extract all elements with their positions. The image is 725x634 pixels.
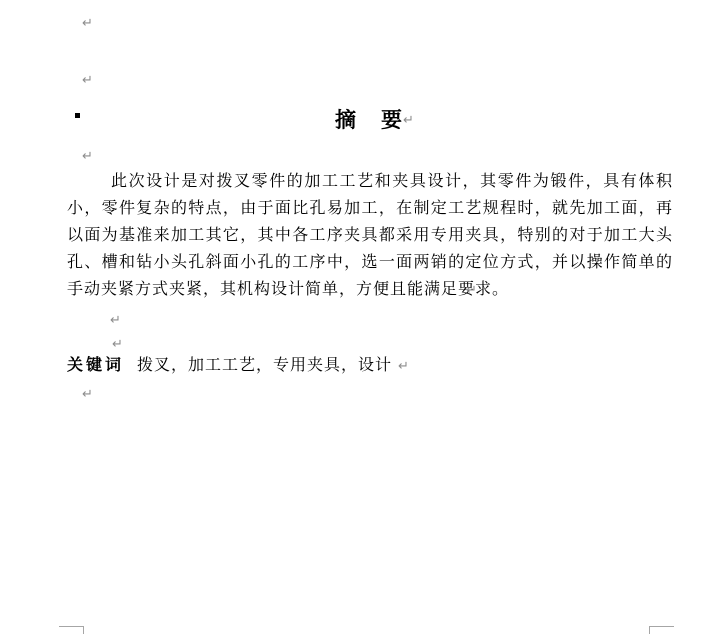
paragraph-mark-icon: ↵ bbox=[82, 17, 93, 30]
keywords-text: 拨叉，加工工艺，专用夹具，设计 bbox=[137, 357, 392, 374]
document-page: ↵ ↵ 摘 要 ↵ ↵ 此次设计是对拨叉零件的加工工艺和夹具设计，其零件为锻件，… bbox=[0, 0, 725, 634]
keywords-line[interactable]: 关键词拨叉，加工工艺，专用夹具，设计 bbox=[67, 356, 673, 376]
text-boundary-corner-icon bbox=[59, 626, 84, 634]
paragraph-mark-icon: ↵ bbox=[112, 338, 123, 351]
abstract-paragraph[interactable]: 此次设计是对拨叉零件的加工工艺和夹具设计，其零件为锻件，具有体积小，零件复杂的特… bbox=[67, 168, 673, 303]
paragraph-mark-icon: ↵ bbox=[403, 114, 414, 127]
paragraph-mark-icon: ↵ bbox=[110, 314, 121, 327]
page-title[interactable]: 摘 要 bbox=[67, 104, 672, 134]
keywords-label: 关键词 bbox=[67, 357, 124, 374]
paragraph-mark-icon: ↵ bbox=[82, 74, 93, 87]
paragraph-mark-icon: ↵ bbox=[466, 284, 477, 297]
paragraph-mark-icon: ↵ bbox=[398, 360, 409, 373]
text-boundary-corner-icon bbox=[649, 626, 674, 634]
paragraph-mark-icon: ↵ bbox=[82, 150, 93, 163]
paragraph-mark-icon: ↵ bbox=[82, 388, 93, 401]
